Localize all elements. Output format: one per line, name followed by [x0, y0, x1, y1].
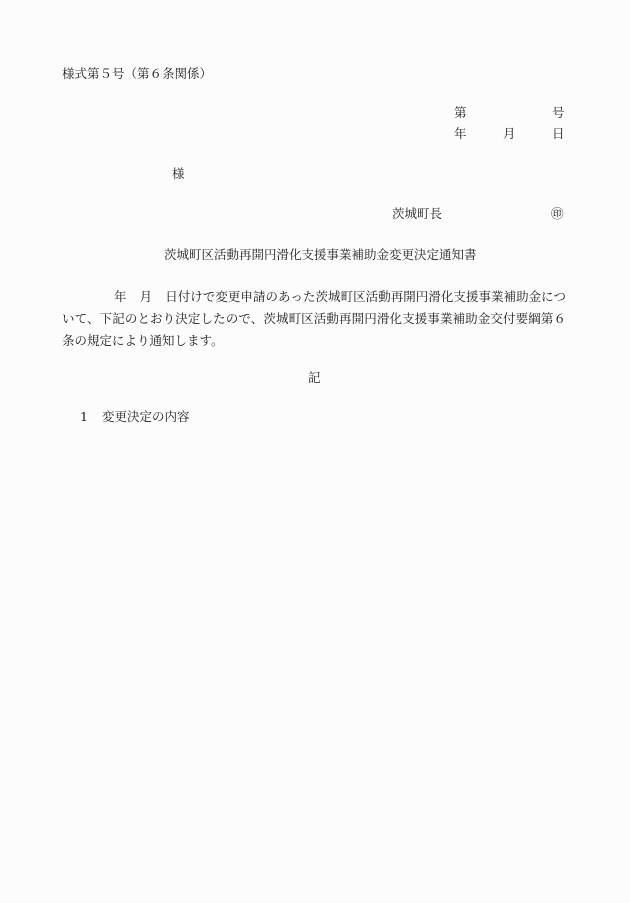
note-heading: 記	[308, 370, 321, 386]
date-day: 日	[552, 126, 565, 142]
item-label: 変更決定の内容	[102, 409, 190, 424]
date-year: 年	[454, 126, 467, 142]
body-text: 日付けで変更申請のあった茨城町区活動再開円滑化支援事業補助金について、下記のとお…	[62, 289, 566, 348]
body-paragraph: 年月日付けで変更申請のあった茨城町区活動再開円滑化支援事業補助金について、下記の…	[62, 286, 566, 352]
form-label: 様式第５号（第６条関係）	[62, 66, 212, 82]
body-date-month: 月	[140, 289, 153, 304]
body-date-year: 年	[114, 289, 127, 304]
number-suffix: 号	[552, 105, 565, 121]
number-prefix: 第	[454, 105, 467, 121]
seal-icon: ㊞	[551, 206, 564, 222]
document-title: 茨城町区活動再開円滑化支援事業補助金変更決定通知書	[164, 247, 477, 263]
item-number: 1	[80, 409, 88, 424]
item-1: 1変更決定の内容	[80, 409, 189, 425]
date-month: 月	[503, 126, 516, 142]
sender-title: 茨城町長	[392, 206, 442, 222]
recipient-suffix: 様	[172, 166, 185, 182]
